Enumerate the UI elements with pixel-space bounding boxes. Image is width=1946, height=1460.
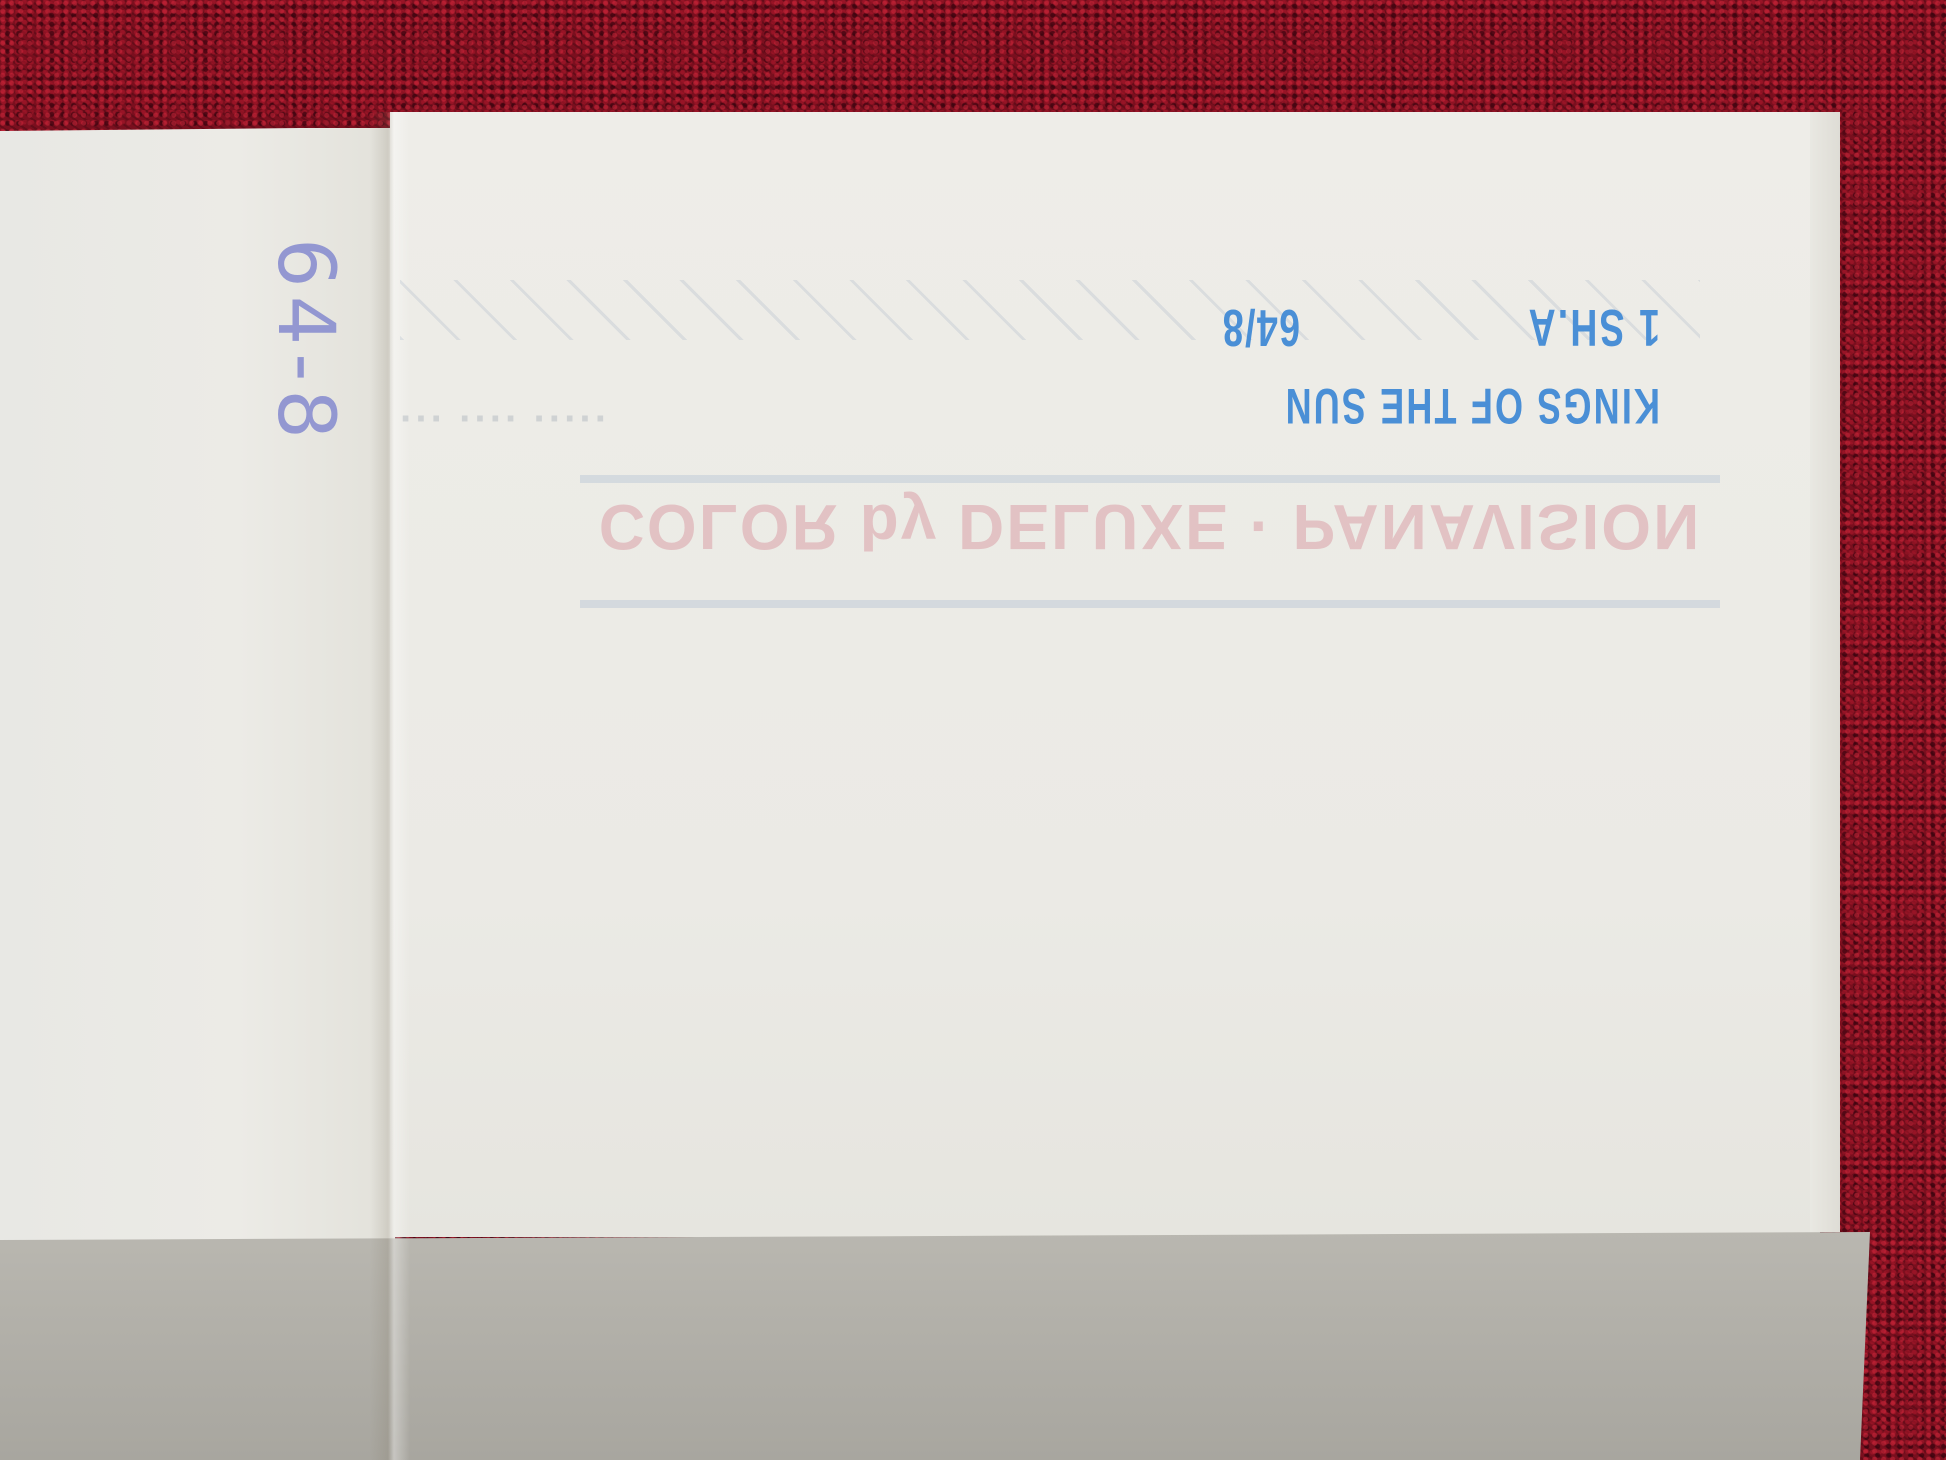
stamp-date: 64/8 [1221,297,1300,357]
bleed-through-band-bottom [580,600,1720,608]
poster-right-edge [1810,112,1840,1232]
stamp-code: 1 SH.A [1526,297,1660,357]
ink-stamp: KINGS OF THE SUN 1 SH.A 64/8 [1200,255,1660,435]
bleed-through-credits: ··· ···· ····· [400,395,610,440]
stamp-title: KINGS OF THE SUN [1283,377,1660,435]
bleed-through-band-top [580,475,1720,483]
bleed-through-title: COLOR by DELUXE · PANAVISION [580,490,1720,564]
poster-bottom-fold [0,1232,1870,1460]
handwritten-number: 64-8 [290,238,350,498]
